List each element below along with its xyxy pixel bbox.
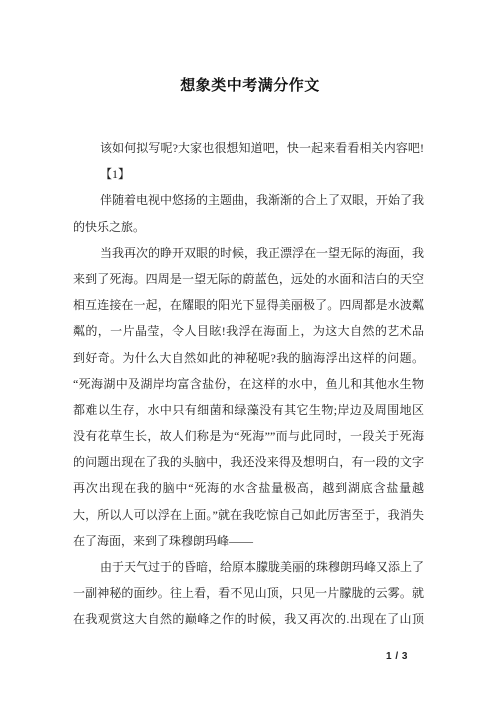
paragraph-line: 伴随着电视中悠扬的主题曲，我渐渐的合上了双眼，开始了我 bbox=[73, 187, 424, 213]
paragraph-line: 由于天气过于的昏暗，给原本朦胧美丽的珠穆朗玛峰又添上了 bbox=[73, 554, 424, 580]
paragraph-line: 在了海面，来到了珠穆朗玛峰—— bbox=[73, 528, 424, 554]
paragraph-line: 大，所以人可以浮在上面。”就在我吃惊自己如此厉害至于，我消失 bbox=[73, 502, 424, 528]
paragraph-line: 当我再次的睁开双眼的时候，我正漂浮在一望无际的海面，我 bbox=[73, 240, 424, 266]
paragraph-line: “死海湖中及湖岸均富含盐份，在这样的水中，鱼儿和其他水生物 bbox=[73, 371, 424, 397]
document-page: 想象类中考满分作文 该如何拟写呢?大家也很想知道吧，快一起来看看相关内容吧! 【… bbox=[0, 0, 500, 707]
page-number-label: 1 / 3 bbox=[386, 651, 408, 662]
paragraph-line: 相互连接在一起，在耀眼的阳光下显得美丽极了。四周都是水波粼 bbox=[73, 292, 424, 318]
essay-body: 该如何拟写呢?大家也很想知道吧，快一起来看看相关内容吧! 【1】 伴随着电视中悠… bbox=[73, 135, 424, 633]
paragraph-line: 没有花草生长，故人们称是为“死海””而与此同时，一段关于死海 bbox=[73, 423, 424, 449]
page-title: 想象类中考满分作文 bbox=[0, 74, 500, 95]
paragraph-line: 来到了死海。四周是一望无际的蔚蓝色，远处的水面和洁白的天空 bbox=[73, 266, 424, 292]
paragraph-line: 粼的，一片晶莹，令人目眩!我浮在海面上，为这大自然的艺术品感 bbox=[73, 318, 424, 344]
section-marker-line: 【1】 bbox=[73, 161, 424, 187]
paragraph-line: 再次出现在我的脑中“死海的水含盐量极高，越到湖底含盐量越 bbox=[73, 475, 424, 501]
paragraph-line: 在我观赏这大自然的巅峰之作的时候，我又再次的.出现在了山顶 bbox=[73, 606, 424, 632]
paragraph-line: 到好奇。为什么大自然如此的神秘呢?我的脑海浮出这样的问题。 bbox=[73, 345, 424, 371]
paragraph-line: 该如何拟写呢?大家也很想知道吧，快一起来看看相关内容吧! bbox=[73, 135, 424, 161]
paragraph-line: 的快乐之旅。 bbox=[73, 214, 424, 240]
paragraph-line: 一副神秘的面纱。往上看，看不见山顶，只见一片朦胧的云雾。就 bbox=[73, 580, 424, 606]
paragraph-line: 的问题出现在了我的头脑中，我还没来得及想明白，有一段的文字 bbox=[73, 449, 424, 475]
paragraph-line: 都难以生存，水中只有细菌和绿藻没有其它生物;岸边及周围地区也 bbox=[73, 397, 424, 423]
